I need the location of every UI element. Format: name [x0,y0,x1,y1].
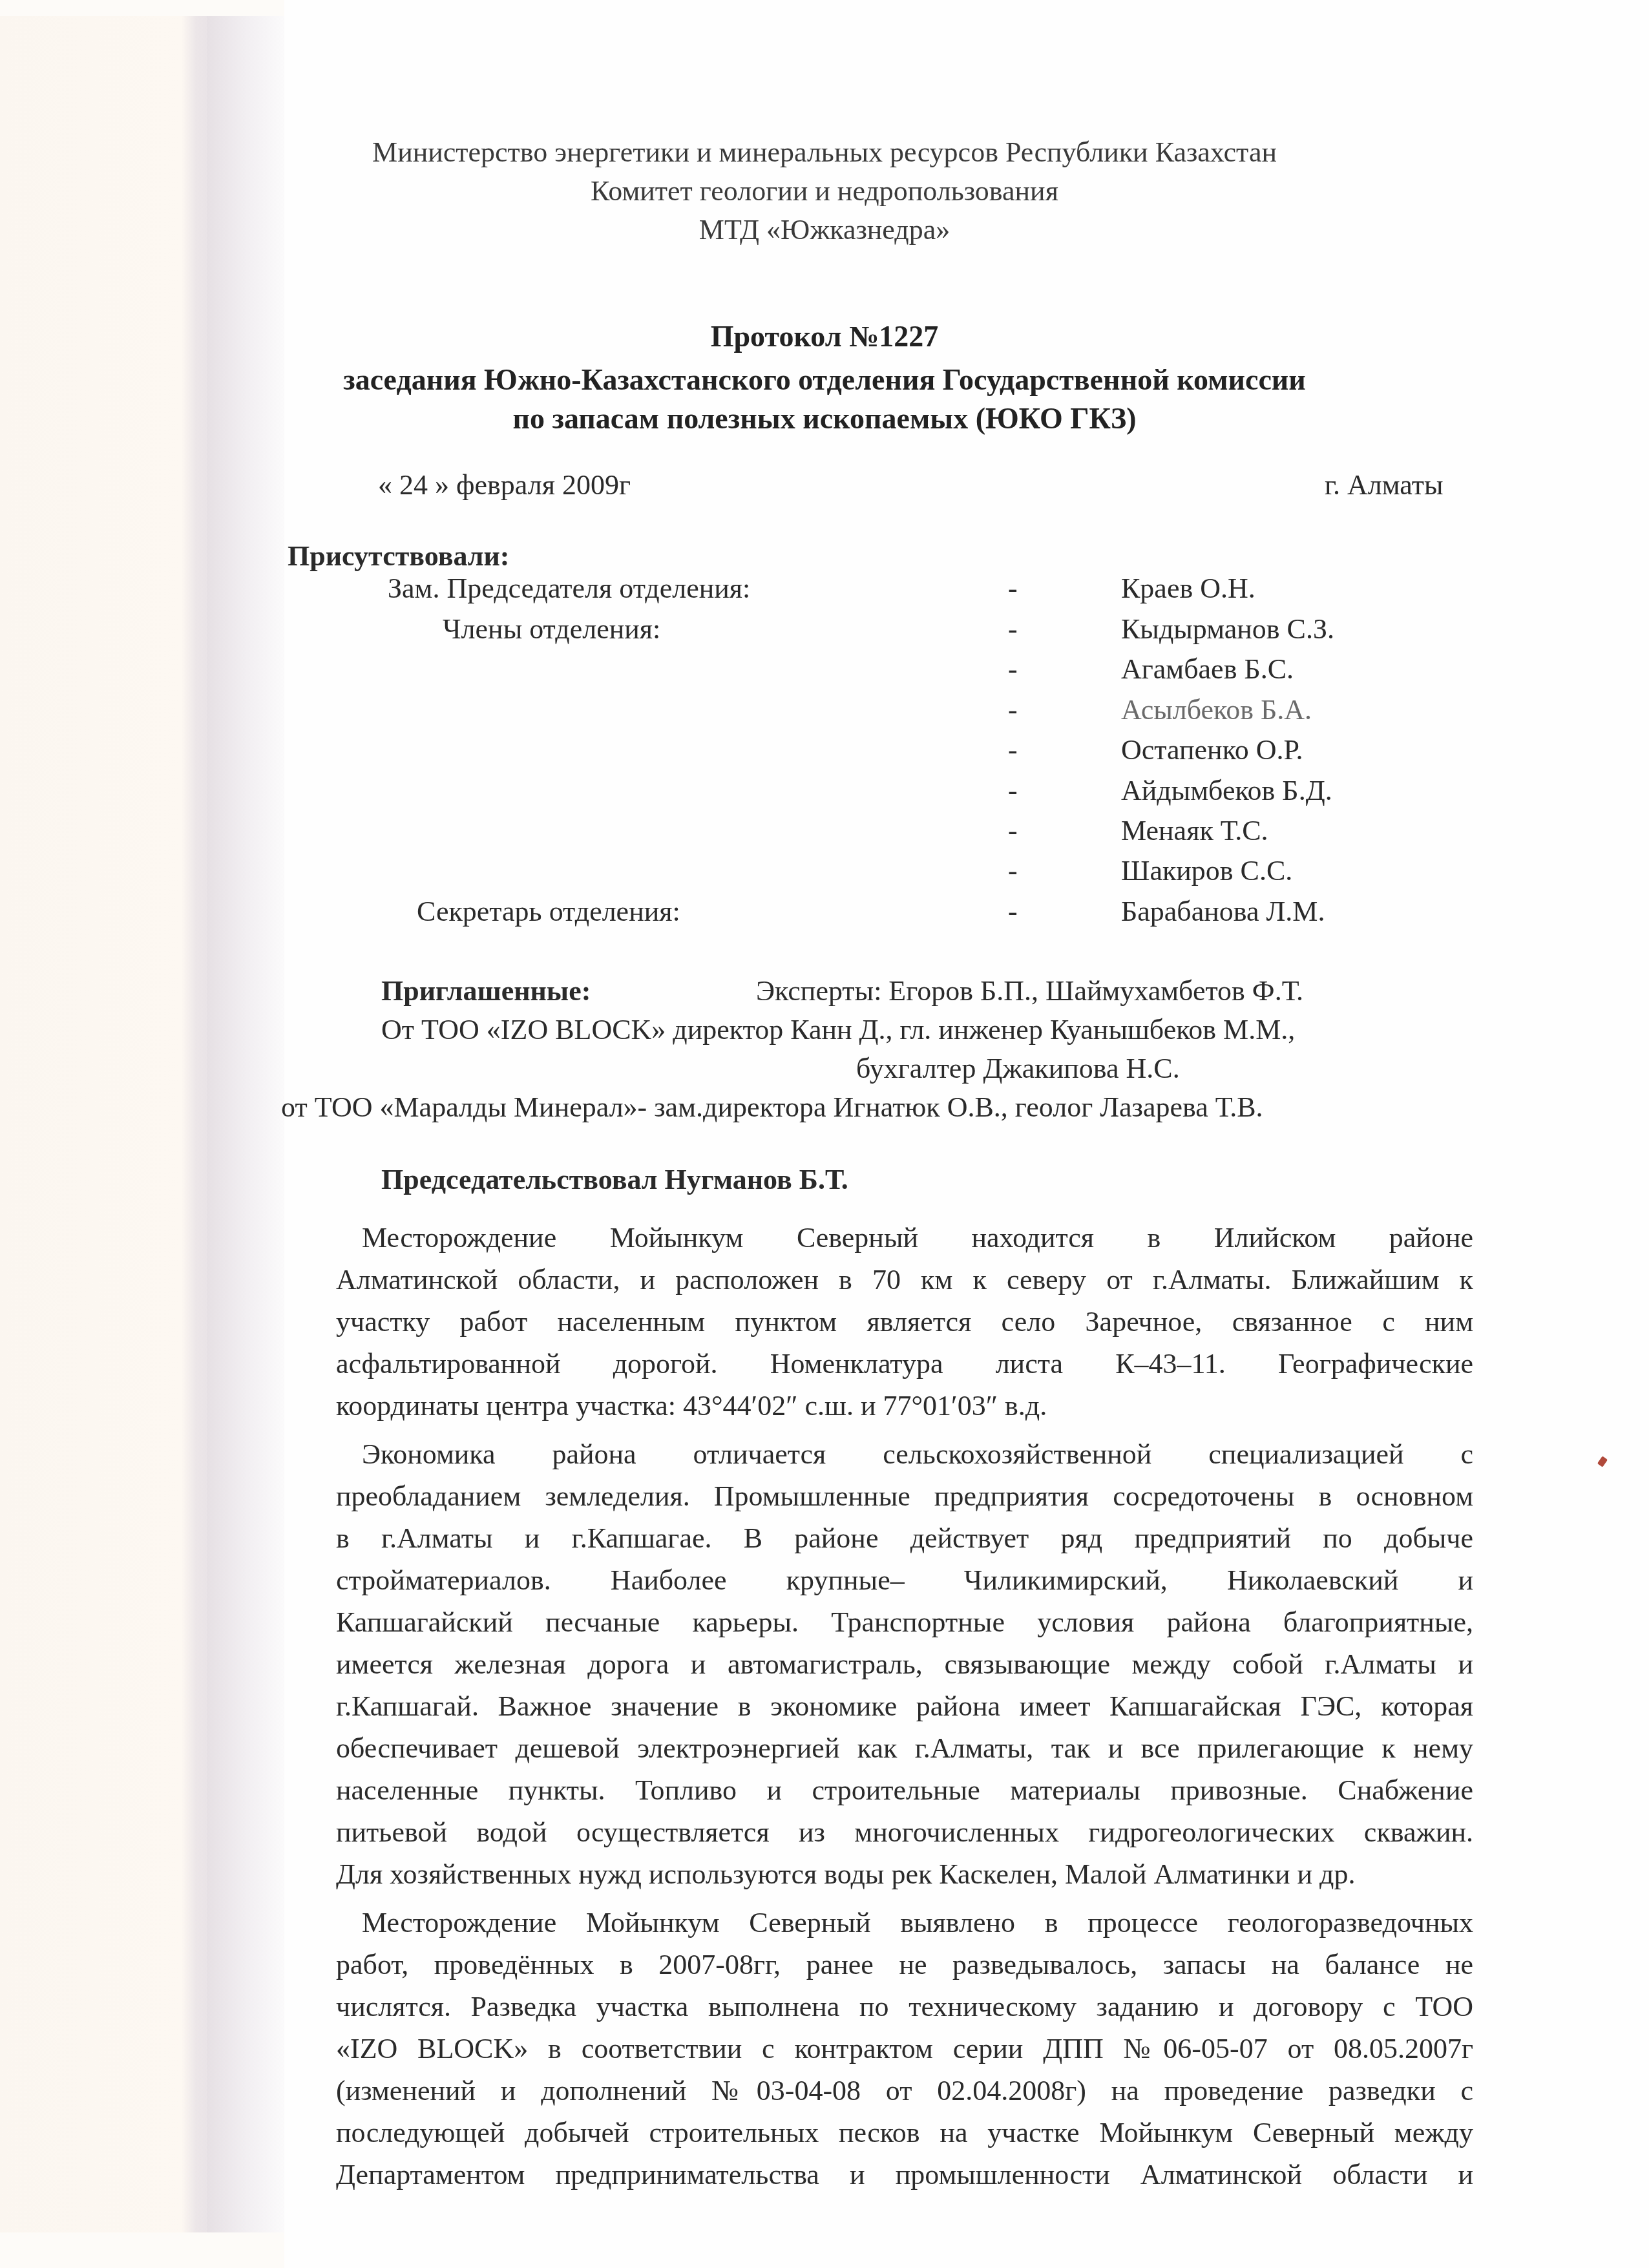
member-name: Агамбаев Б.С. [1121,653,1294,686]
body-line: асфальтированной дорогой. Номенклатура л… [336,1347,1473,1381]
member-name: Остапенко О.Р. [1121,733,1303,766]
dash: - [1008,653,1018,686]
invited-maraldy: от ТОО «Маралды Минерал»- зам.директора … [281,1091,1263,1124]
body-line: работ, проведённых в 2007-08гг, ранее не… [336,1948,1473,1982]
body-line: питьевой водой осуществляется из многочи… [336,1816,1473,1849]
secretary-label: Секретарь отделения: [417,895,680,928]
member-name: Айдымбеков Б.Д. [1121,774,1332,807]
committee-name: Комитет геологии и недропользования [0,174,1649,208]
body-line: стройматериалов. Наиболее крупные– Чилик… [336,1564,1473,1597]
body-line: числятся. Разведка участка выполнена по … [336,1990,1473,2024]
dash: - [1008,814,1018,847]
invited-izo-block-1: От ТОО «IZO BLOCK» директор Канн Д., гл.… [381,1013,1295,1046]
body-line: Алматинской области, и расположен в 70 к… [336,1263,1473,1297]
body-line: участку работ населенным пунктом являетс… [336,1305,1473,1339]
dash: - [1008,572,1018,605]
dash: - [1008,613,1018,646]
body-line: Для хозяйственных нужд используются воды… [336,1858,1473,1891]
protocol-city: г. Алматы [1325,468,1444,501]
attendees-heading: Присутствовали: [288,540,510,572]
dash: - [1008,693,1018,726]
body-line: Месторождение Мойынкум Северный находитс… [362,1221,1473,1255]
body-line: Департаментом предпринимательства и пром… [336,2158,1473,2192]
body-line: имеется железная дорога и автомагистраль… [336,1648,1473,1681]
members-label: Члены отделения: [443,613,660,646]
invited-label: Приглашенные: [381,974,591,1007]
chairperson: Председательствовал Нугманов Б.Т. [381,1163,848,1196]
protocol-subtitle-2: по запасам полезных ископаемых (ЮКО ГКЗ) [0,402,1649,436]
dash: - [1008,895,1018,928]
body-line: координаты центра участка: 43°44′02″ с.ш… [336,1389,1473,1423]
body-line: последующей добычей строительных песков … [336,2116,1473,2150]
protocol-subtitle-1: заседания Южно-Казахстанского отделения … [0,363,1649,397]
body-line: Экономика района отличается сельскохозяй… [362,1438,1473,1471]
deputy-chair-label: Зам. Председателя отделения: [388,572,750,605]
dash: - [1008,733,1018,766]
secretary-name: Барабанова Л.М. [1121,895,1325,928]
body-line: Капшагайский песчаные карьеры. Транспорт… [336,1606,1473,1639]
body-line: преобладанием земледелия. Промышленные п… [336,1480,1473,1513]
member-name: Менаяк Т.С. [1121,814,1268,847]
member-name: Асылбеков Б.А. [1121,693,1312,726]
invited-izo-block-2: бухгалтер Джакипова Н.С. [856,1052,1180,1085]
deputy-chair-name: Краев О.Н. [1121,572,1255,605]
dash: - [1008,854,1018,887]
member-name: Кыдырманов С.З. [1121,613,1334,646]
body-line: «IZO BLOCK» в соответствии с контрактом … [336,2032,1473,2066]
body-line: обеспечивает дешевой электроэнергией как… [336,1732,1473,1765]
body-line: (изменений и дополнений №03-04-08 от 02.… [336,2074,1473,2108]
body-line: г.Капшагай. Важное значение в экономике … [336,1690,1473,1723]
protocol-date: « 24 » февраля 2009г [378,468,631,501]
body-line: Месторождение Мойынкум Северный выявлено… [362,1906,1473,1940]
body-line: в г.Алматы и г.Капшагае. В районе действ… [336,1522,1473,1555]
ministry-name: Министерство энергетики и минеральных ре… [0,136,1649,169]
protocol-title: Протокол №1227 [0,320,1649,353]
body-line: населенные пункты. Топливо и строительны… [336,1774,1473,1807]
department-name: МТД «Южказнедра» [0,213,1649,247]
dash: - [1008,774,1018,807]
invited-experts: Эксперты: Егоров Б.П., Шаймухамбетов Ф.Т… [756,974,1303,1007]
member-name: Шакиров С.С. [1121,854,1292,887]
